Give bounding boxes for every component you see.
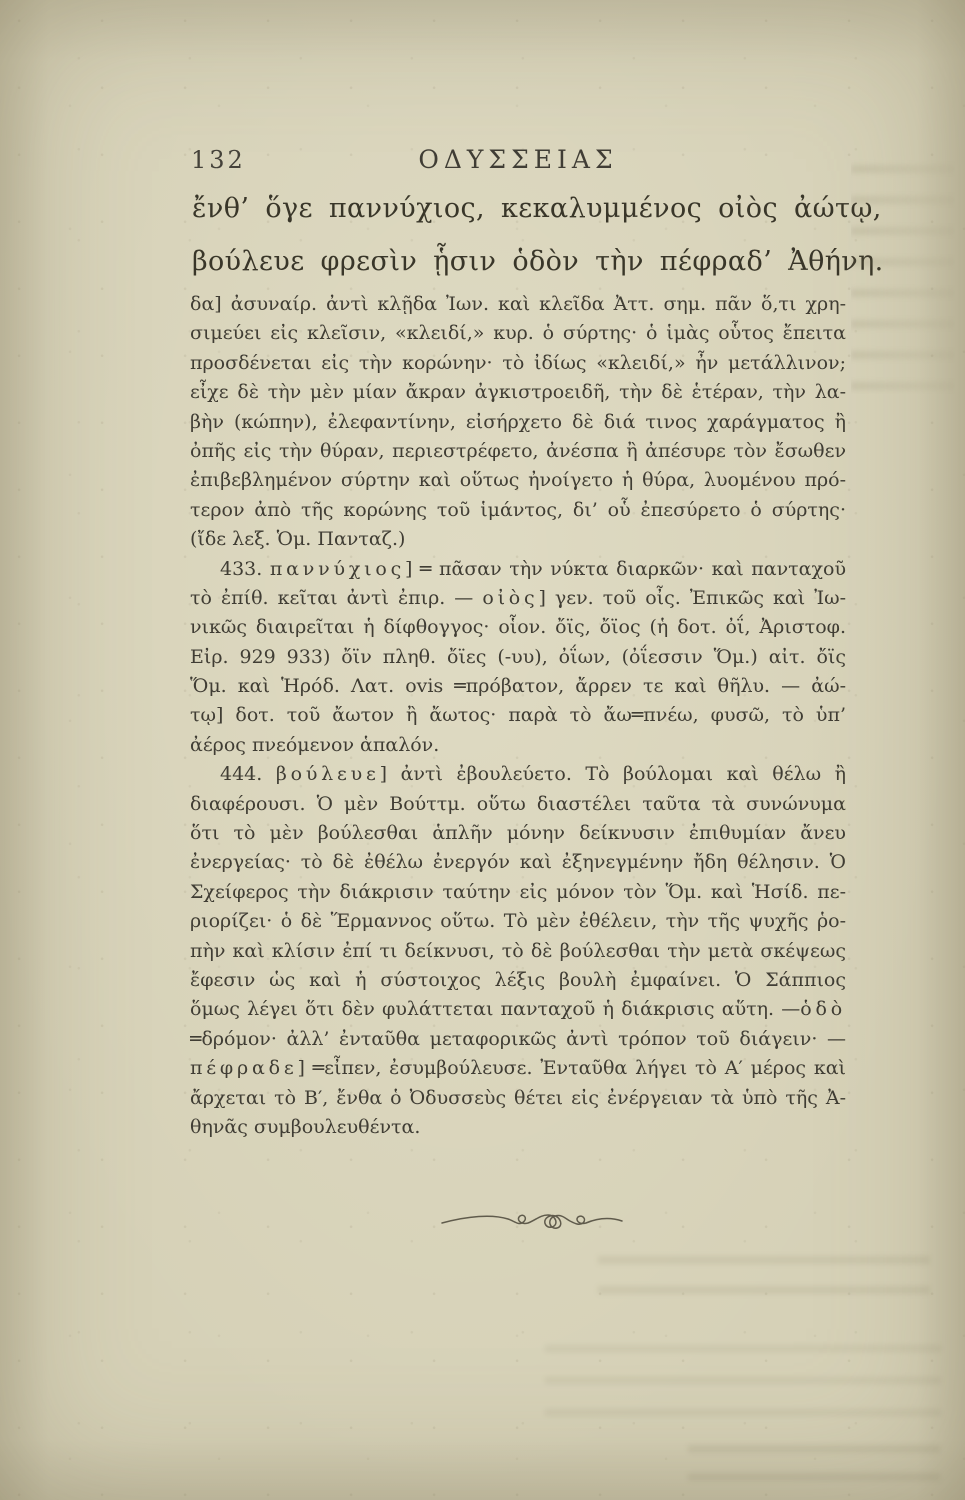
text-line: Σχείφερος τὴν διάκρισιν ταύτην εἰς μόνον…	[190, 878, 846, 907]
page-bleed-through	[545, 1336, 941, 1438]
text-line: π έ φ ρ α δ ε ] ═εἶπεν, ἐσυμβούλευσε. Ἐν…	[190, 1054, 846, 1083]
text-line: τὸ ἐπίθ. κεῖται ἀντὶ ἐπιρ. — ο ἰ ὸ ς ] γ…	[190, 584, 846, 613]
text-line: ἔφεσιν ὡς καὶ ἡ σύστοιχος λέξις βουλὴ ἐμ…	[190, 966, 846, 995]
page-bleed-through	[688, 1438, 940, 1484]
verse-line: βούλευε φρεσὶν ᾗσιν ὁδὸν τὴν πέφραδ’ Ἀθή…	[192, 235, 884, 288]
text-line: (ἴδε λεξ. Ὁμ. Πανταζ.)	[190, 525, 846, 554]
text-line: ριορίζει· ὁ δὲ Ἕρμαννος οὕτω. Τὸ μὲν ἐθέ…	[190, 907, 846, 936]
text-line: θηνᾶς συμβουλευθέντα.	[190, 1113, 846, 1142]
text-line: νικῶς διαιρεῖται ἡ δίφθογγος· οἷον. ὄϊς,…	[190, 613, 846, 642]
text-line: ἀέρος πνεόμενον ἁπαλόν.	[190, 731, 846, 760]
text-line: Εἰρ. 929 933) ὄϊν πληθ. ὄϊες (-υυ), ὀΐων…	[190, 643, 846, 672]
commentary-paragraph: δα] ἀσυναίρ. ἀντὶ κλῇδα Ἰων. καὶ κλεῖδα …	[190, 290, 846, 555]
verse-quotation: ἔνθ’ ὅγε παννύχιος, κεκαλυμμένος οἰὸς ἀώ…	[192, 182, 884, 288]
text-line: σιμεύει εἰς κλεῖσιν, «κλειδί,» κυρ. ὁ σύ…	[190, 319, 846, 348]
text-line: τερον ἀπὸ τῆς κορώνης τοῦ ἱμάντος, δι’ ο…	[190, 496, 846, 525]
text-line: ἐνεργείας· τὸ δὲ ἐθέλω ἐνεργόν καὶ ἐξηνε…	[190, 848, 846, 877]
page-bleed-through	[598, 1248, 930, 1310]
text-line: ὀπῆς εἰς τὴν θύραν, περιεστρέφετο, ἀνέσπ…	[190, 437, 846, 466]
text-line: πὴν καὶ κλίσιν ἐπί τι δείκνυσι, τὸ δὲ βο…	[190, 937, 846, 966]
text-line: Ὅμ. καὶ Ἡρόδ. Λατ. ovis ═πρόβατον, ἄρρεν…	[190, 672, 846, 701]
text-line: τῳ] δοτ. τοῦ ἄωτον ἢ ἄωτος· παρὰ τὸ ἄω═π…	[190, 701, 846, 730]
scanned-book-page: 132 ΟΔΥΣΣΕΙΑΣ ἔνθ’ ὅγε παννύχιος, κεκαλυ…	[0, 0, 965, 1500]
commentary-paragraph: 433. π α ν ν ύ χ ι ο ς ] ═ πᾶσαν τὴν νύκ…	[190, 555, 846, 761]
text-line: ═δρόμον· ἀλλ’ ἐνταῦθα μεταφορικῶς ἀντὶ τ…	[190, 1025, 846, 1054]
text-line: ἄρχεται τὸ Β′, ἔνθα ὁ Ὀδυσσεὺς θέτει εἰς…	[190, 1084, 846, 1113]
text-line: 433. π α ν ν ύ χ ι ο ς ] ═ πᾶσαν τὴν νύκ…	[190, 555, 846, 584]
text-line: προσδένεται εἰς τὴν κορώνην· τὸ ἰδίως «κ…	[190, 349, 846, 378]
divider-flourish	[440, 1204, 624, 1240]
commentary-block: δα] ἀσυναίρ. ἀντὶ κλῇδα Ἰων. καὶ κλεῖδα …	[190, 290, 846, 1142]
text-line: βὴν (κώπην), ἐλεφαντίνην, εἰσήρχετο δὲ δ…	[190, 408, 846, 437]
text-line: 444. β ο ύ λ ε υ ε ] ἀντὶ ἐβουλεύετο. Τὸ…	[190, 760, 846, 789]
verse-line: ἔνθ’ ὅγε παννύχιος, κεκαλυμμένος οἰὸς ἀώ…	[192, 182, 884, 235]
text-line: δα] ἀσυναίρ. ἀντὶ κλῇδα Ἰων. καὶ κλεῖδα …	[190, 290, 846, 319]
text-line: διαφέρουσι. Ὁ μὲν Βούττμ. οὕτω διαστέλει…	[190, 790, 846, 819]
text-line: ἐπιβεβλημένον σύρτην καὶ οὕτως ἠνοίγετο …	[190, 466, 846, 495]
commentary-paragraph: 444. β ο ύ λ ε υ ε ] ἀντὶ ἐβουλεύετο. Τὸ…	[190, 760, 846, 1142]
running-header-title: ΟΔΥΣΣΕΙΑΣ	[190, 145, 846, 174]
text-line: ὅτι τὸ μὲν βούλεσθαι ἁπλῆν μόνην δείκνυσ…	[190, 819, 846, 848]
text-line: εἶχε δὲ τὴν μὲν μίαν ἄκραν ἀγκιστροειδῆ,…	[190, 378, 846, 407]
text-line: ὅμως λέγει ὅτι δὲν φυλάττεται πανταχοῦ ἡ…	[190, 995, 846, 1024]
